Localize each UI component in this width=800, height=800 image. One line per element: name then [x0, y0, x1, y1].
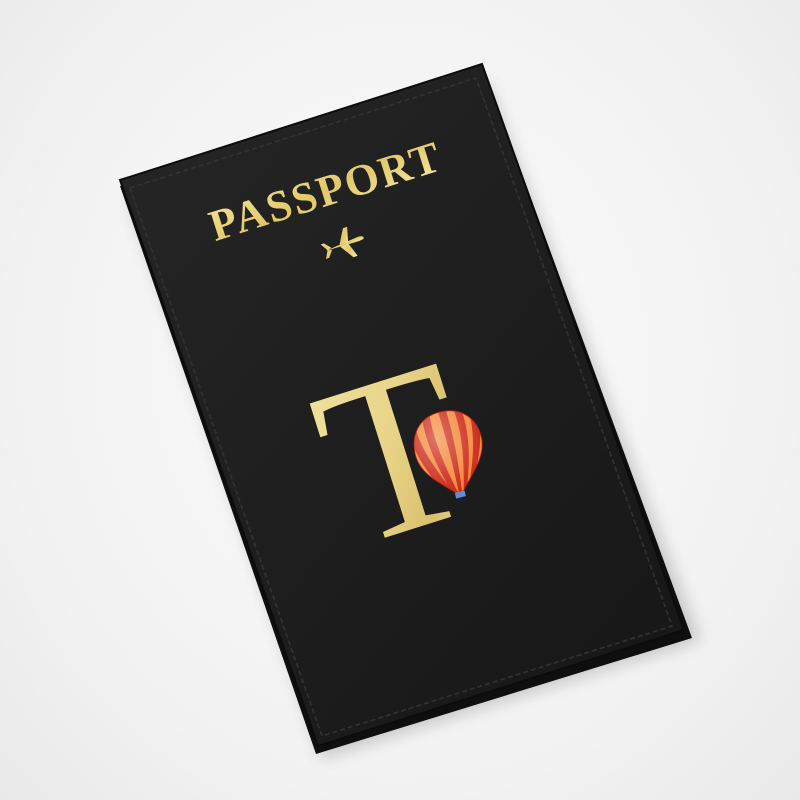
product-photo: PASSPORT T: [0, 0, 800, 800]
passport-cover-illustration: PASSPORT T: [0, 0, 800, 800]
